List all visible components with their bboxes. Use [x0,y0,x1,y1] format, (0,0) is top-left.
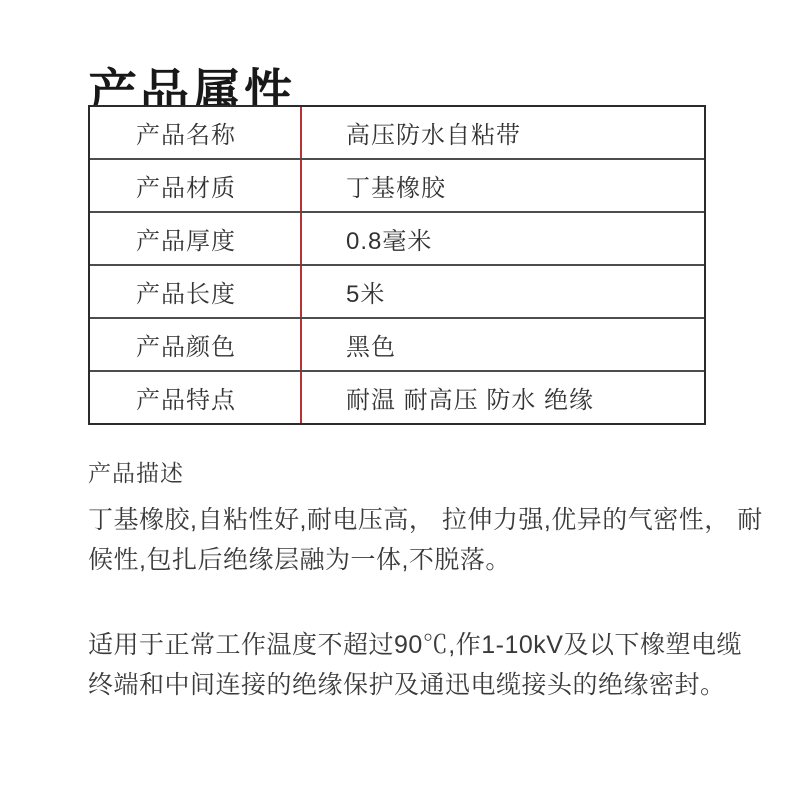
row-label: 产品颜色 [90,319,302,370]
table-row: 产品材质 丁基橡胶 [90,158,704,211]
row-label: 产品材质 [90,160,302,211]
row-value: 0.8毫米 [302,213,704,264]
product-description-section: 产品描述 丁基橡胶,自粘性好,耐电压高， 拉伸力强,优异的气密性， 耐 候性,包… [88,455,714,705]
table-row: 产品厚度 0.8毫米 [90,211,704,264]
table-row: 产品颜色 黑色 [90,317,704,370]
table-row: 产品特点 耐温 耐高压 防水 绝缘 [90,370,704,423]
table-row: 产品长度 5米 [90,264,704,317]
row-value: 丁基橡胶 [302,160,704,211]
row-value: 耐温 耐高压 防水 绝缘 [302,372,704,423]
table-row: 产品名称 高压防水自粘带 [90,107,704,158]
description-paragraph: 适用于正常工作温度不超过90℃,作1-10kV及以下橡塑电缆 终端和中间连接的绝… [88,625,714,705]
description-heading: 产品描述 [88,455,714,488]
description-line: 适用于正常工作温度不超过90℃,作1-10kV及以下橡塑电缆 [88,631,742,659]
product-spec-table: 产品名称 高压防水自粘带 产品材质 丁基橡胶 产品厚度 0.8毫米 产品长度 5… [88,105,706,425]
row-label: 产品厚度 [90,213,302,264]
row-value: 5米 [302,266,704,317]
description-line: 候性,包扎后绝缘层融为一体,不脱落。 [88,546,511,574]
description-line: 终端和中间连接的绝缘保护及通迅电缆接头的绝缘密封。 [88,671,726,699]
row-label: 产品名称 [90,107,302,158]
description-line: 丁基橡胶,自粘性好,耐电压高， 拉伸力强,优异的气密性， 耐 [88,506,763,534]
row-value: 高压防水自粘带 [302,107,704,158]
row-label: 产品特点 [90,372,302,423]
row-label: 产品长度 [90,266,302,317]
description-paragraph: 丁基橡胶,自粘性好,耐电压高， 拉伸力强,优异的气密性， 耐 候性,包扎后绝缘层… [88,500,714,580]
row-value: 黑色 [302,319,704,370]
